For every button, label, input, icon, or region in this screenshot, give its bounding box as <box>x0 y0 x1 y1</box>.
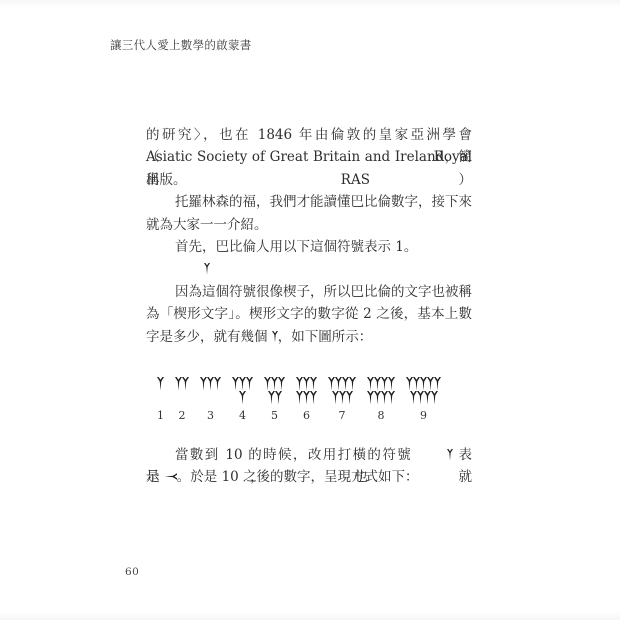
wedge-row <box>406 377 441 391</box>
cuneiform-one-icon <box>182 377 189 391</box>
wedge-rows <box>175 377 189 405</box>
body-text-block-bottom: 當數到 10 的時候，改用打橫的符號 表示，也就是 。於是 10 之後的數字，呈… <box>146 444 472 489</box>
body-text-line: 當數到 10 的時候，改用打橫的符號 表示，也就 <box>146 444 472 466</box>
body-text: ，如下圖所示： <box>278 329 373 345</box>
cuneiform-one-icon <box>310 391 317 405</box>
numeral-group: 2 <box>175 377 189 421</box>
numeral-group: 3 <box>200 377 221 421</box>
body-text: 是 <box>146 469 164 485</box>
numeral-label: 5 <box>271 410 278 421</box>
cuneiform-one-icon <box>374 377 381 391</box>
body-text-line: 字是多少，就有幾個 ，如下圖所示： <box>146 326 472 348</box>
numeral-label: 1 <box>157 410 164 421</box>
cuneiform-one-icon <box>275 391 282 405</box>
cuneiform-one-icon <box>175 258 210 280</box>
cuneiform-one-icon <box>374 391 381 405</box>
page-number: 60 <box>125 566 139 578</box>
cuneiform-one-icon <box>271 377 278 391</box>
body-text: 。於是 10 之後的數字，呈現方式如下： <box>177 469 419 485</box>
cuneiform-one-icon <box>214 377 221 391</box>
body-text: 為「楔形文字」。楔形文字的數字從 2 之後，基本上數 <box>146 306 472 322</box>
wedge-row <box>268 391 282 405</box>
wedge-row <box>328 377 356 391</box>
numeral-group: 1 <box>157 377 164 421</box>
numeral-group: 5 <box>264 377 285 421</box>
numeral-group: 6 <box>296 377 317 421</box>
wedge-row <box>332 391 353 405</box>
body-text-line: Asiatic Society of Great Britain and Ire… <box>146 146 472 168</box>
numeral-label: 6 <box>303 410 310 421</box>
numeral-label: 4 <box>239 410 246 421</box>
body-text-line: 首先，巴比倫人用以下這個符號表示 1。 <box>146 236 472 258</box>
cuneiform-one-icon <box>349 377 356 391</box>
cuneiform-one-icon <box>232 377 239 391</box>
cuneiform-numerals-figure: 123456789 <box>157 377 441 421</box>
cuneiform-one-icon <box>342 377 349 391</box>
cuneiform-one-icon <box>264 377 271 391</box>
cuneiform-one-icon <box>310 377 317 391</box>
cuneiform-one-icon <box>427 377 434 391</box>
wedge-rows <box>157 377 164 405</box>
wedge-row <box>410 391 438 405</box>
cuneiform-one-icon <box>339 391 346 405</box>
body-text-block-top: 的研究〉，也在 1846 年由倫敦的皇家亞洲學會（RoyalAsiatic So… <box>146 124 472 348</box>
cuneiform-one-icon <box>239 377 246 391</box>
cuneiform-one-icon <box>303 377 310 391</box>
cuneiform-one-icon <box>367 377 374 391</box>
body-text-line: 托羅林森的福，我們才能讀懂巴比倫數字，接下來 <box>146 191 472 213</box>
body-text: Asiatic Society of Great Britain and Ire… <box>146 149 472 187</box>
body-text-line: 就為大家一一介紹。 <box>146 214 472 236</box>
body-text-line: 的研究〉，也在 1846 年由倫敦的皇家亞洲學會（Royal <box>146 124 472 146</box>
cuneiform-one-icon <box>418 444 453 466</box>
wedge-rows <box>264 377 285 405</box>
cuneiform-one-icon <box>388 391 395 405</box>
body-text: 當數到 10 的時候，改用打橫的符號 <box>175 447 418 463</box>
wedge-row <box>296 377 317 391</box>
cuneiform-one-icon <box>157 377 164 391</box>
cuneiform-ten-icon <box>164 466 177 488</box>
cuneiform-one-icon <box>346 391 353 405</box>
body-text: 托羅林森的福，我們才能讀懂巴比倫數字，接下來 <box>175 194 472 210</box>
cuneiform-one-icon <box>417 391 424 405</box>
wedge-row <box>232 377 253 391</box>
body-text-line <box>146 258 472 280</box>
numeral-label: 2 <box>179 410 186 421</box>
wedge-row <box>200 377 221 391</box>
body-text-line: 因為這個符號很像楔子，所以巴比倫的文字也被稱 <box>146 281 472 303</box>
wedge-row <box>157 377 164 391</box>
wedge-rows <box>200 377 221 405</box>
cuneiform-one-icon <box>381 391 388 405</box>
numeral-group: 8 <box>367 377 395 421</box>
book-page: 讓三代人愛上數學的啟蒙書 的研究〉，也在 1846 年由倫敦的皇家亞洲學會（Ro… <box>0 0 620 620</box>
cuneiform-one-icon <box>406 377 413 391</box>
wedge-rows <box>296 377 317 405</box>
numeral-group: 9 <box>406 377 441 421</box>
wedge-row <box>239 391 246 405</box>
body-text: 字是多少，就有幾個 <box>146 329 272 345</box>
cuneiform-one-icon <box>410 391 417 405</box>
cuneiform-one-icon <box>367 391 374 405</box>
numeral-label: 7 <box>339 410 346 421</box>
numeral-label: 8 <box>378 410 385 421</box>
cuneiform-one-icon <box>296 377 303 391</box>
cuneiform-one-icon <box>207 377 214 391</box>
wedge-rows <box>232 377 253 405</box>
cuneiform-one-icon <box>434 377 441 391</box>
cuneiform-one-icon <box>268 391 275 405</box>
cuneiform-one-icon <box>420 377 427 391</box>
body-text-line: 為「楔形文字」。楔形文字的數字從 2 之後，基本上數 <box>146 303 472 325</box>
wedge-rows <box>367 377 395 405</box>
numeral-label: 3 <box>207 410 214 421</box>
wedge-row <box>296 391 317 405</box>
cuneiform-one-icon <box>413 377 420 391</box>
cuneiform-one-icon <box>246 377 253 391</box>
cuneiform-one-icon <box>296 391 303 405</box>
wedge-row <box>175 377 189 391</box>
wedge-rows <box>328 377 356 405</box>
numeral-group: 4 <box>232 377 253 421</box>
cuneiform-one-icon <box>388 377 395 391</box>
cuneiform-one-icon <box>381 377 388 391</box>
cuneiform-one-icon <box>431 391 438 405</box>
cuneiform-one-icon <box>328 377 335 391</box>
body-text: 首先，巴比倫人用以下這個符號表示 1。 <box>175 239 417 255</box>
cuneiform-one-icon <box>239 391 246 405</box>
running-head: 讓三代人愛上數學的啟蒙書 <box>110 37 252 53</box>
wedge-row <box>264 377 285 391</box>
cuneiform-one-icon <box>332 391 339 405</box>
cuneiform-one-icon <box>424 391 431 405</box>
cuneiform-one-icon <box>335 377 342 391</box>
cuneiform-one-icon <box>278 377 285 391</box>
wedge-row <box>367 377 395 391</box>
cuneiform-one-icon <box>303 391 310 405</box>
numeral-label: 9 <box>420 410 427 421</box>
body-text: 因為這個符號很像楔子，所以巴比倫的文字也被稱 <box>175 284 472 300</box>
cuneiform-one-icon <box>200 377 207 391</box>
numeral-group: 7 <box>328 377 356 421</box>
wedge-row <box>367 391 395 405</box>
body-text: 就為大家一一介紹。 <box>146 217 268 233</box>
cuneiform-one-icon <box>175 377 182 391</box>
body-text: 出版。 <box>146 172 187 188</box>
wedge-rows <box>406 377 441 405</box>
